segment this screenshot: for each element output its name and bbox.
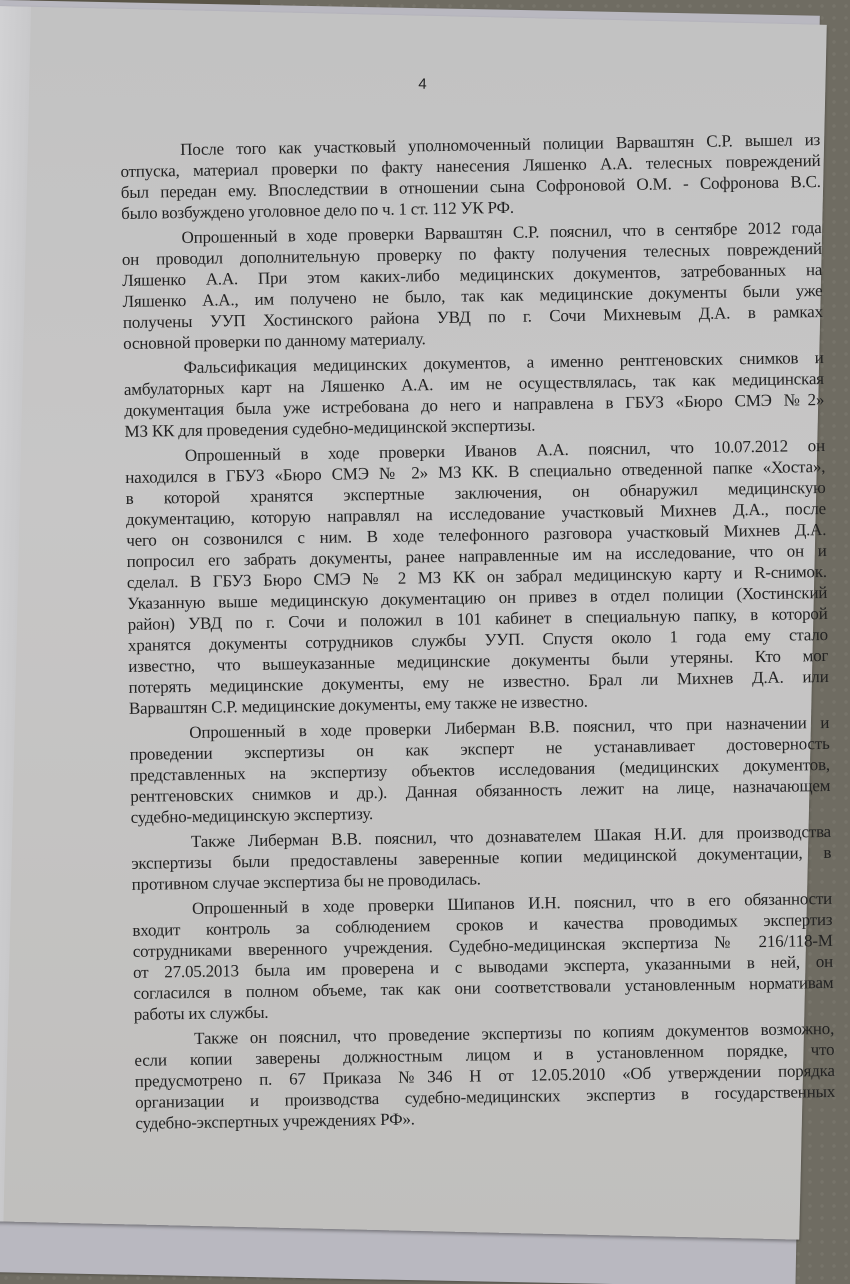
paragraph: Опрошенный в ходе проверки Либерман В.В.… xyxy=(129,712,831,828)
paragraph: После того как участковый уполномоченный… xyxy=(120,129,821,224)
page-number: 4 xyxy=(418,76,427,93)
page-fold xyxy=(0,6,31,1222)
paragraph: Фальсификация медицинских документов, а … xyxy=(123,347,824,442)
paragraph: Опрошенный в ходе проверки Иванов А.А. п… xyxy=(125,435,829,719)
paragraph: Опрошенный в ходе проверки Шипанов И.Н. … xyxy=(132,888,834,1025)
paragraph: Опрошенный в ходе проверки Варваштян С.Р… xyxy=(121,217,823,354)
paragraph: Также Либерман В.В. пояснил, что дознава… xyxy=(131,821,832,895)
document-body: После того как участковый уполномоченный… xyxy=(120,129,836,1138)
paragraph: Также он пояснил, что проведение эксперт… xyxy=(134,1018,836,1134)
